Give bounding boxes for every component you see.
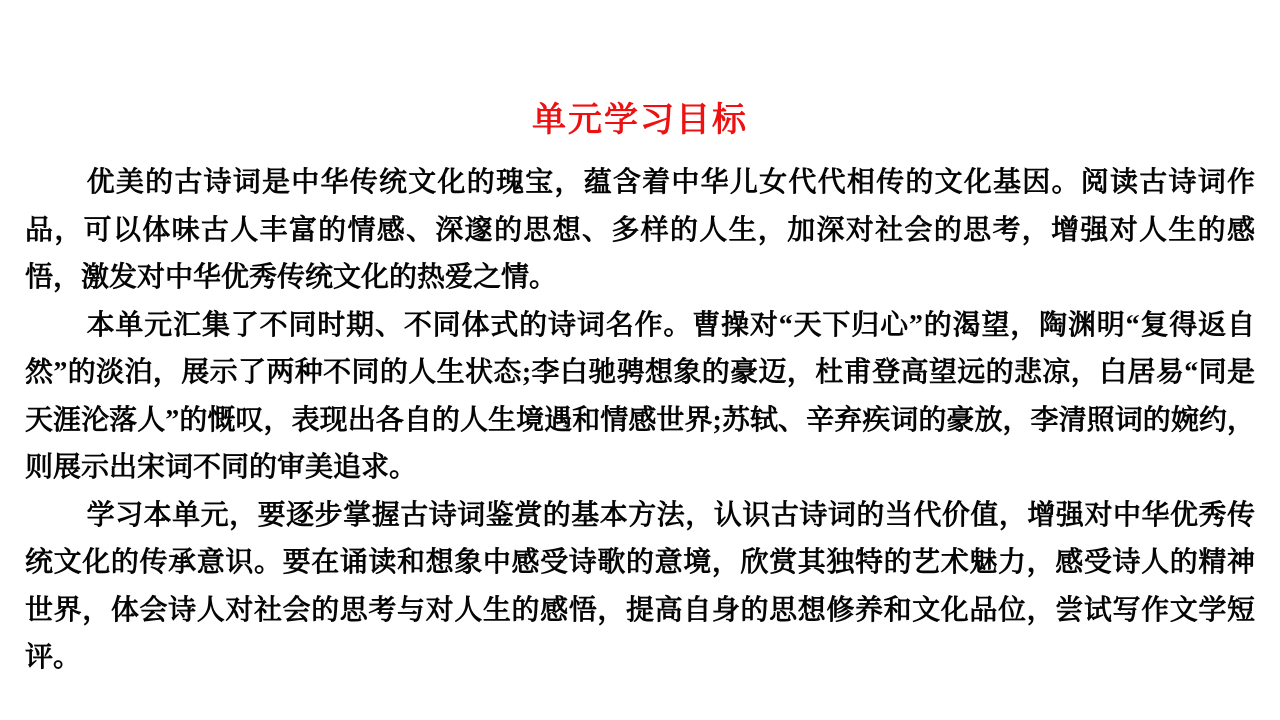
paragraph-learning-goals: 学习本单元，要逐步掌握古诗词鉴赏的基本方法，认识古诗词的当代价值，增强对中华优秀… <box>25 492 1255 682</box>
paragraph-unit-contents: 本单元汇集了不同时期、不同体式的诗词名作。曹操对“天下归心”的渴望，陶渊明“复得… <box>25 302 1255 492</box>
paragraph-unit-intro: 优美的古诗词是中华传统文化的瑰宝，蕴含着中华儿女代代相传的文化基因。阅读古诗词作… <box>25 159 1255 302</box>
slide-title: 单元学习目标 <box>0 0 1280 141</box>
presentation-slide: 单元学习目标 优美的古诗词是中华传统文化的瑰宝，蕴含着中华儿女代代相传的文化基因… <box>0 0 1280 720</box>
slide-body: 优美的古诗词是中华传统文化的瑰宝，蕴含着中华儿女代代相传的文化基因。阅读古诗词作… <box>25 159 1255 682</box>
